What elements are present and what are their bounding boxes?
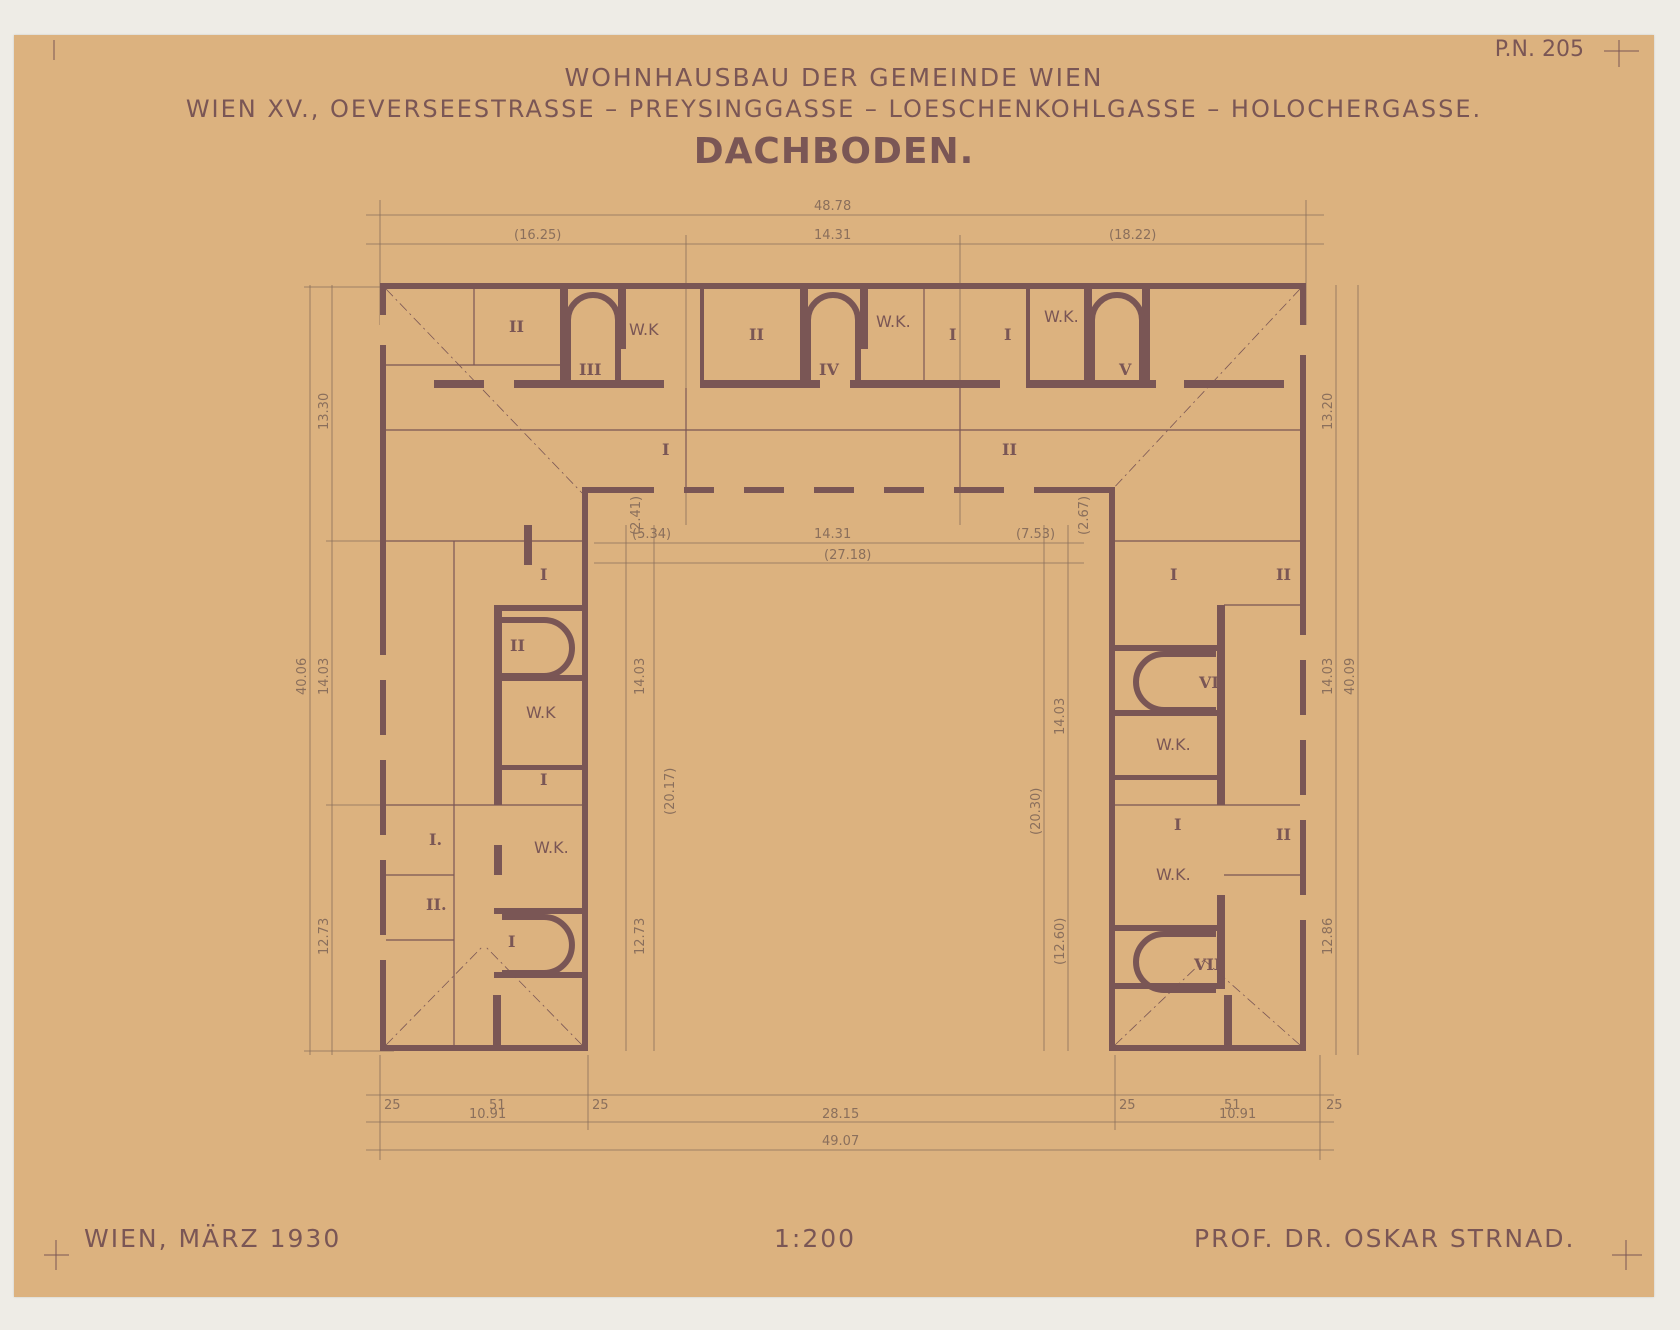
svg-text:VI: VI: [1198, 673, 1219, 692]
stair-arches: [502, 295, 1216, 990]
svg-text:I.: I.: [429, 830, 442, 849]
svg-text:III: III: [579, 360, 601, 379]
svg-text:14.31: 14.31: [814, 527, 851, 542]
svg-text:10.91: 10.91: [469, 1107, 506, 1122]
svg-text:(18.22): (18.22): [1109, 228, 1156, 243]
svg-text:II: II: [1276, 565, 1291, 584]
svg-text:14.03: 14.03: [1053, 698, 1068, 735]
svg-text:14.03: 14.03: [317, 658, 332, 695]
svg-text:(20.17): (20.17): [663, 768, 678, 815]
svg-text:48.78: 48.78: [814, 199, 851, 214]
svg-text:II.: II.: [426, 895, 447, 914]
svg-text:(20.30): (20.30): [1029, 788, 1044, 835]
svg-text:(12.60): (12.60): [1053, 918, 1068, 965]
svg-text:(7.53): (7.53): [1016, 527, 1055, 542]
svg-text:W.K.: W.K.: [876, 312, 911, 331]
svg-text:I: I: [1170, 565, 1177, 584]
svg-text:I: I: [949, 325, 956, 344]
svg-text:IV: IV: [819, 360, 839, 379]
svg-text:I: I: [540, 565, 547, 584]
svg-text:W.K.: W.K.: [1044, 307, 1079, 326]
svg-text:II: II: [749, 325, 764, 344]
room-label: II: [509, 317, 524, 336]
svg-text:12.86: 12.86: [1321, 918, 1336, 955]
svg-text:13.30: 13.30: [317, 393, 332, 430]
svg-text:I: I: [508, 932, 515, 951]
svg-text:W.K.: W.K.: [534, 838, 569, 857]
svg-text:13.20: 13.20: [1321, 393, 1336, 430]
svg-text:14.31: 14.31: [814, 228, 851, 243]
place-date: WIEN, MÄRZ 1930: [84, 1224, 341, 1253]
svg-text:40.09: 40.09: [1343, 658, 1358, 695]
svg-text:25: 25: [384, 1098, 401, 1113]
svg-text:14.03: 14.03: [1321, 658, 1336, 695]
svg-text:II: II: [1276, 825, 1291, 844]
svg-text:25: 25: [592, 1098, 609, 1113]
author-label: PROF. DR. OSKAR STRNAD.: [1194, 1224, 1575, 1253]
svg-text:12.73: 12.73: [633, 918, 648, 955]
svg-text:W.K.: W.K.: [1156, 865, 1191, 884]
svg-text:10.91: 10.91: [1219, 1107, 1256, 1122]
floor-plan: II III W.K II IV W.K. I I W.K. V I II I …: [14, 35, 1654, 1297]
svg-text:W.K: W.K: [526, 703, 556, 722]
svg-text:(27.18): (27.18): [824, 548, 871, 563]
svg-text:(2.67): (2.67): [1077, 496, 1092, 535]
svg-text:(16.25): (16.25): [514, 228, 561, 243]
svg-text:25: 25: [1326, 1098, 1343, 1113]
svg-text:VII: VII: [1193, 955, 1221, 974]
svg-text:49.07: 49.07: [822, 1134, 859, 1149]
room-labels: II III W.K II IV W.K. I I W.K. V I II I …: [426, 307, 1291, 974]
svg-text:28.15: 28.15: [822, 1107, 859, 1122]
scale-label: 1:200: [774, 1224, 856, 1253]
svg-text:(2.41): (2.41): [629, 496, 644, 535]
svg-text:W.K.: W.K.: [1156, 735, 1191, 754]
svg-text:I: I: [1174, 815, 1181, 834]
svg-text:II: II: [1002, 440, 1017, 459]
svg-text:II: II: [510, 636, 525, 655]
drawing-sheet: P.N. 205 WOHNHAUSBAU DER GEMEINDE WIEN W…: [14, 35, 1654, 1297]
svg-text:V: V: [1118, 360, 1132, 379]
svg-text:I: I: [1004, 325, 1011, 344]
svg-text:I: I: [662, 440, 669, 459]
svg-text:25: 25: [1119, 1098, 1136, 1113]
svg-text:40.06: 40.06: [295, 658, 310, 695]
svg-text:12.73: 12.73: [317, 918, 332, 955]
svg-text:W.K: W.K: [629, 320, 659, 339]
svg-text:14.03: 14.03: [633, 658, 648, 695]
svg-text:I: I: [540, 770, 547, 789]
